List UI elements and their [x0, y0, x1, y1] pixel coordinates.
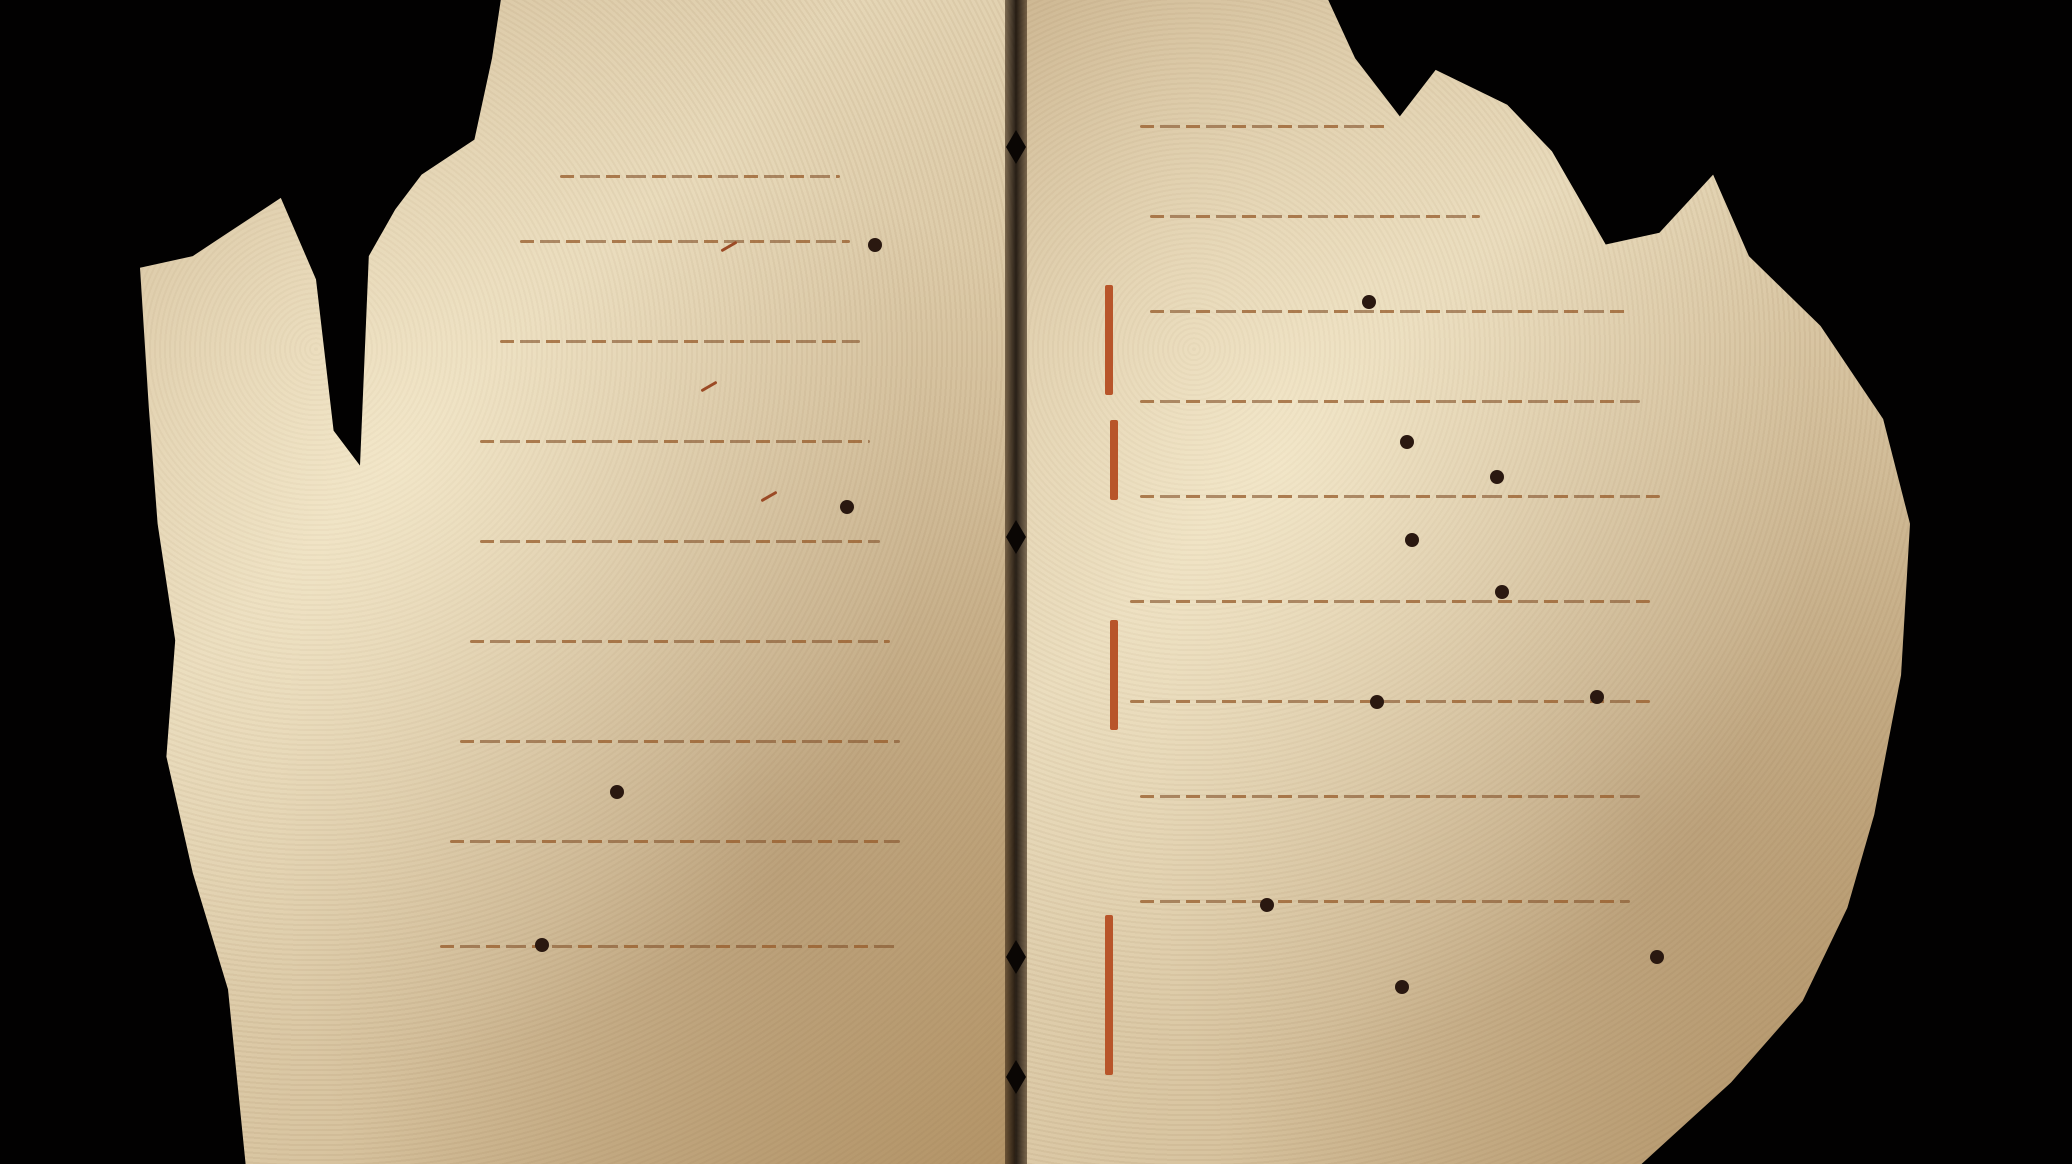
ink-spot: [840, 500, 854, 514]
text-line: [560, 175, 840, 178]
ink-spot: [1590, 690, 1604, 704]
ink-spot: [1400, 435, 1414, 449]
text-line: [450, 840, 900, 843]
ink-spot: [1260, 898, 1274, 912]
text-line: [460, 740, 900, 743]
ink-spot: [1362, 295, 1376, 309]
rubric-initial: [1105, 915, 1113, 1075]
ink-spot: [1490, 470, 1504, 484]
ink-spot: [1370, 695, 1384, 709]
right-page: [1015, 0, 1910, 1164]
text-line: [500, 340, 860, 343]
book-gutter: [1005, 0, 1027, 1164]
text-line: [1130, 700, 1650, 703]
ink-spot: [1405, 533, 1419, 547]
ink-spot: [610, 785, 624, 799]
rubric-initial: [1105, 285, 1113, 395]
rubric-initial: [1110, 420, 1118, 500]
ink-spot: [1495, 585, 1509, 599]
manuscript-photo: [0, 0, 2072, 1164]
rubric-initial: [1110, 620, 1118, 730]
text-line: [520, 240, 850, 243]
text-line: [1140, 400, 1640, 403]
text-line: [1140, 495, 1660, 498]
text-line: [470, 640, 890, 643]
text-line: [1150, 215, 1480, 218]
text-line: [440, 945, 900, 948]
ink-spot: [1395, 980, 1409, 994]
text-line: [1140, 900, 1630, 903]
ink-spot: [1650, 950, 1664, 964]
text-line: [1130, 600, 1650, 603]
text-line: [480, 440, 870, 443]
ink-spot: [535, 938, 549, 952]
text-line: [480, 540, 880, 543]
ink-spot: [868, 238, 882, 252]
text-line: [1140, 795, 1640, 798]
text-line: [1150, 310, 1630, 313]
text-line: [1140, 125, 1390, 128]
